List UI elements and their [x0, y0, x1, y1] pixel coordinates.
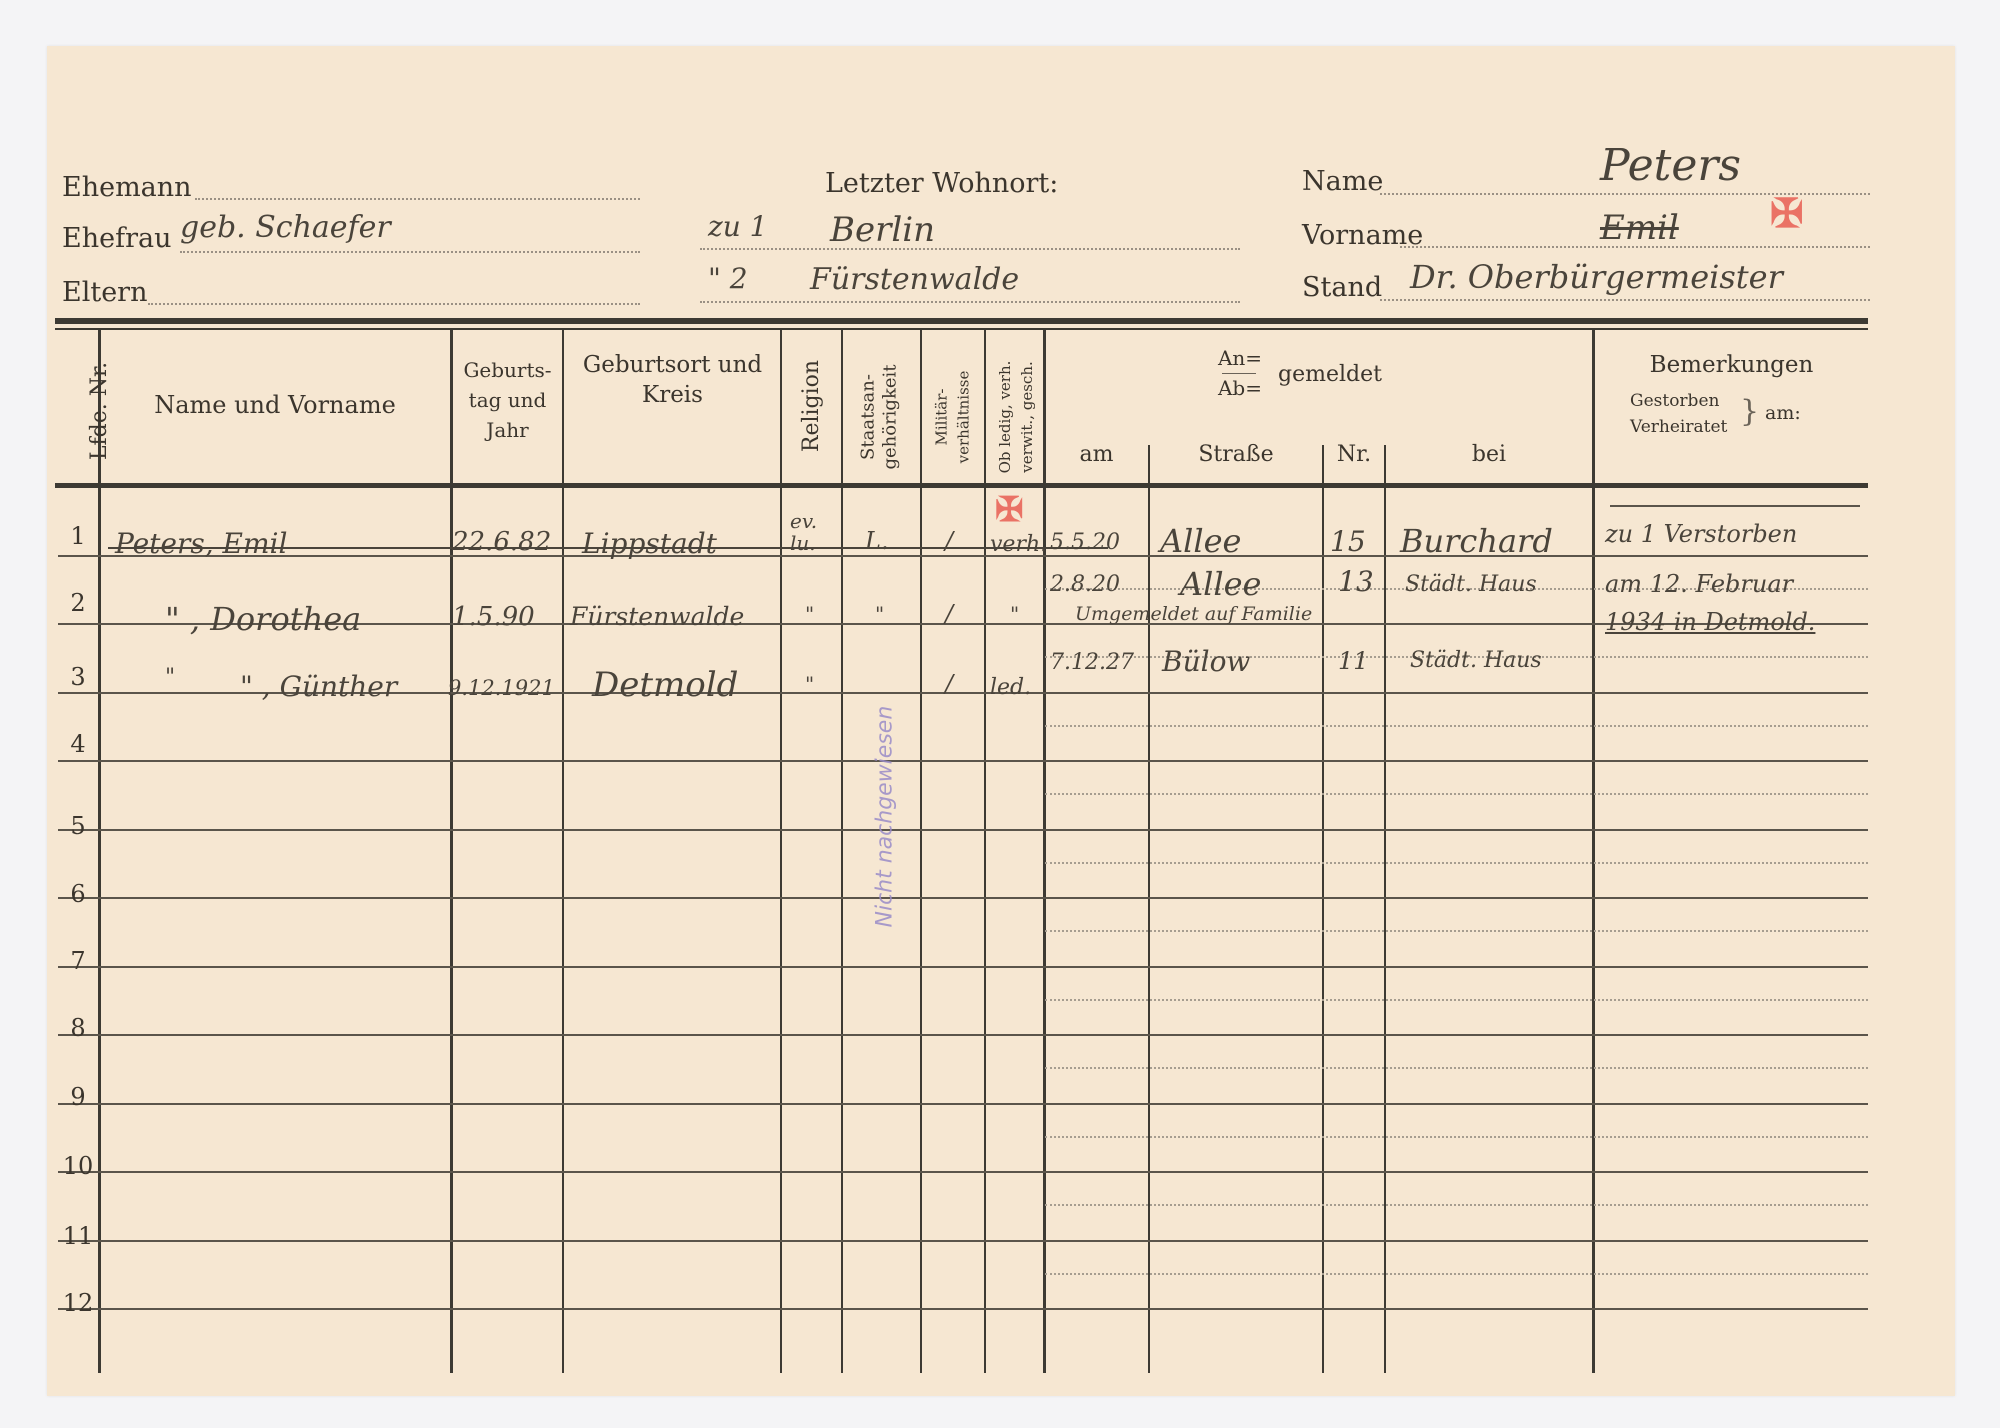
row-number: 8 [58, 1014, 98, 1042]
row-3-geburtsort: Detmold [592, 665, 738, 705]
col-header-familienstand: Ob ledig, verh. verwit., gesch. [994, 347, 1038, 487]
row-1-geburtsort: Lippstadt [582, 527, 717, 560]
row-3-am: 7.12.27 [1050, 650, 1134, 675]
ref-2: " 2 [708, 262, 748, 295]
row-2-militaer: / [945, 600, 953, 628]
letzter-wohnort-label: Letzter Wohnort: [825, 168, 1058, 199]
row-number: 11 [58, 1222, 98, 1250]
col-header-bemerkungen: Bemerkungen [1595, 350, 1868, 380]
fraction-rule [1222, 373, 1256, 374]
col-header-geburtsort: Geburtsort und Kreis [580, 350, 765, 410]
col-header-ab: Ab= [1210, 375, 1270, 401]
row-2-hausnr: 13 [1338, 565, 1374, 598]
col-border [1043, 330, 1046, 1373]
col-header-name: Name und Vorname [100, 390, 450, 420]
bem-rule-top [1610, 505, 1860, 507]
bemerkung-line-2: am 12. Februar [1605, 570, 1793, 598]
stand-value: Dr. Oberbürgermeister [1410, 258, 1783, 296]
ehefrau-line [180, 251, 640, 253]
row-3-geburtstag: 9.12.1921 [448, 676, 555, 700]
col-border [920, 330, 922, 1373]
stand-label: Stand [1302, 272, 1382, 303]
col-header-an: An= [1210, 345, 1270, 371]
wohnort-line-2 [700, 301, 1240, 303]
name-value: Peters [1600, 140, 1741, 191]
col-border [1322, 445, 1324, 1373]
row-2-stand: " [1010, 602, 1019, 626]
col-border [1592, 330, 1595, 1373]
row-2-staat: " [875, 602, 884, 626]
mid-row-dots [1045, 1204, 1868, 1206]
row-1-stand: verh. [990, 532, 1047, 557]
row-number: 5 [58, 812, 98, 840]
bem-gestorben: GestorbenVerheiratet [1630, 388, 1727, 440]
wohnort-line-1 [700, 248, 1240, 250]
row-2-geburtstag: 1.5.90 [452, 602, 535, 632]
col-border [984, 330, 986, 1373]
row-2-am: 2.8.20 [1050, 572, 1120, 597]
row-line [58, 1240, 1868, 1242]
mid-row-dots [1045, 1067, 1868, 1069]
vorname-value: Emil [1600, 208, 1679, 248]
col-border [562, 330, 564, 1373]
row-line [58, 966, 1868, 968]
ehemann-label: Ehemann [62, 172, 192, 203]
row-2-religion: " [805, 602, 814, 626]
row-number: 6 [58, 880, 98, 908]
col-header-gemeldet: gemeldet [1270, 360, 1390, 390]
row-1-staat: L. [865, 527, 889, 555]
row-number: 10 [58, 1152, 98, 1180]
col-border [841, 330, 843, 1373]
row-3-hausnr: 11 [1338, 647, 1369, 675]
row-number: 9 [58, 1083, 98, 1111]
row-2-name: " , Dorothea [165, 600, 361, 638]
row-number: 2 [58, 589, 98, 617]
red-cross-mark: ✠ [995, 490, 1024, 530]
col-header-geburtstag: Geburts- tag und Jahr [455, 355, 560, 445]
col-border [780, 330, 782, 1373]
row-number: 3 [58, 663, 98, 691]
eltern-label: Eltern [62, 277, 147, 308]
row-2-strasse: Allee [1180, 565, 1261, 603]
umgemeldet-note: Umgemeldet auf Familie [1075, 603, 1312, 625]
bemerkung-line-3: 1934 in Detmold. [1605, 608, 1815, 636]
row-1-religion: ev. lu. [790, 510, 835, 554]
row-3-ditto: " [165, 665, 175, 690]
row-3-bei: Städt. Haus [1410, 648, 1542, 673]
row-1-name: Peters, Emil [115, 527, 287, 560]
mid-row-dots [1045, 930, 1868, 932]
eltern-line [148, 303, 640, 305]
vorname-line [1400, 246, 1870, 248]
wohnort-1: Berlin [830, 210, 935, 250]
bem-am: am: [1765, 402, 1801, 424]
row-line [58, 555, 1868, 557]
mid-row-dots [1045, 1136, 1868, 1138]
mid-row-dots [1045, 1273, 1868, 1275]
bem-brace: } [1740, 392, 1759, 432]
col-border [1148, 445, 1150, 1373]
ehefrau-label: Ehefrau [62, 223, 171, 254]
ehemann-line [195, 198, 640, 200]
row-line [58, 1171, 1868, 1173]
row-1-militaer: / [945, 527, 953, 555]
row-1-strasse: Allee [1160, 522, 1241, 560]
row-number: 12 [58, 1289, 98, 1317]
col-border [450, 330, 453, 1373]
row-3-militaer: / [945, 670, 953, 698]
ref-1: zu 1 [708, 210, 768, 243]
row-2-bei: Städt. Haus [1405, 572, 1537, 597]
col-header-bei: bei [1386, 440, 1592, 470]
row-1-hausnr: 15 [1330, 525, 1366, 558]
mid-row-dots [1045, 999, 1868, 1001]
mid-row-dots [1045, 862, 1868, 864]
ehefrau-value: geb. Schaefer [180, 210, 391, 245]
row-number: 1 [58, 522, 98, 550]
row-3-name: " , Günther [240, 670, 397, 703]
row-line [58, 1034, 1868, 1036]
row-3-strasse: Bülow [1162, 645, 1250, 678]
table-top-rule-thin [55, 328, 1868, 330]
mid-row-dots [1045, 725, 1868, 727]
red-cross-mark: ✠ [1770, 190, 1804, 237]
row-1-am: 5.5.20 [1050, 530, 1120, 555]
row-3-religion: " [805, 672, 814, 696]
row-3-stand: led. [990, 675, 1031, 700]
row-1-bei: Burchard [1400, 522, 1553, 560]
row-2-geburtsort: Fürstenwalde [570, 602, 744, 631]
table-top-rule [55, 318, 1868, 324]
row-line [58, 1308, 1868, 1310]
row-number: 4 [58, 730, 98, 758]
row-line [58, 760, 1868, 762]
nicht-nachgewiesen-stamp: Nicht nachgewiesen [873, 678, 898, 928]
name-label: Name [1302, 166, 1383, 197]
mid-row-dots [1045, 793, 1868, 795]
row-number: 7 [58, 947, 98, 975]
row-1-geburtstag: 22.6.82 [452, 527, 551, 557]
col-header-militaer: Militär- verhältnisse [931, 350, 975, 485]
bemerkung-line-1: zu 1 Verstorben [1605, 520, 1797, 548]
col-header-religion: Religion [801, 346, 823, 466]
col-border [1384, 445, 1386, 1373]
stand-line [1380, 299, 1870, 301]
row-line [58, 897, 1868, 899]
col-header-nr: Nr. [1324, 440, 1384, 470]
col-header-staatsangehoerigkeit: Staatsan- gehörigkeit [858, 350, 902, 485]
row-line [58, 1103, 1868, 1105]
row-line [58, 829, 1868, 831]
col-header-strasse: Straße [1150, 440, 1322, 470]
wohnort-2: Fürstenwalde [810, 262, 1019, 297]
col-header-am: am [1045, 440, 1148, 470]
